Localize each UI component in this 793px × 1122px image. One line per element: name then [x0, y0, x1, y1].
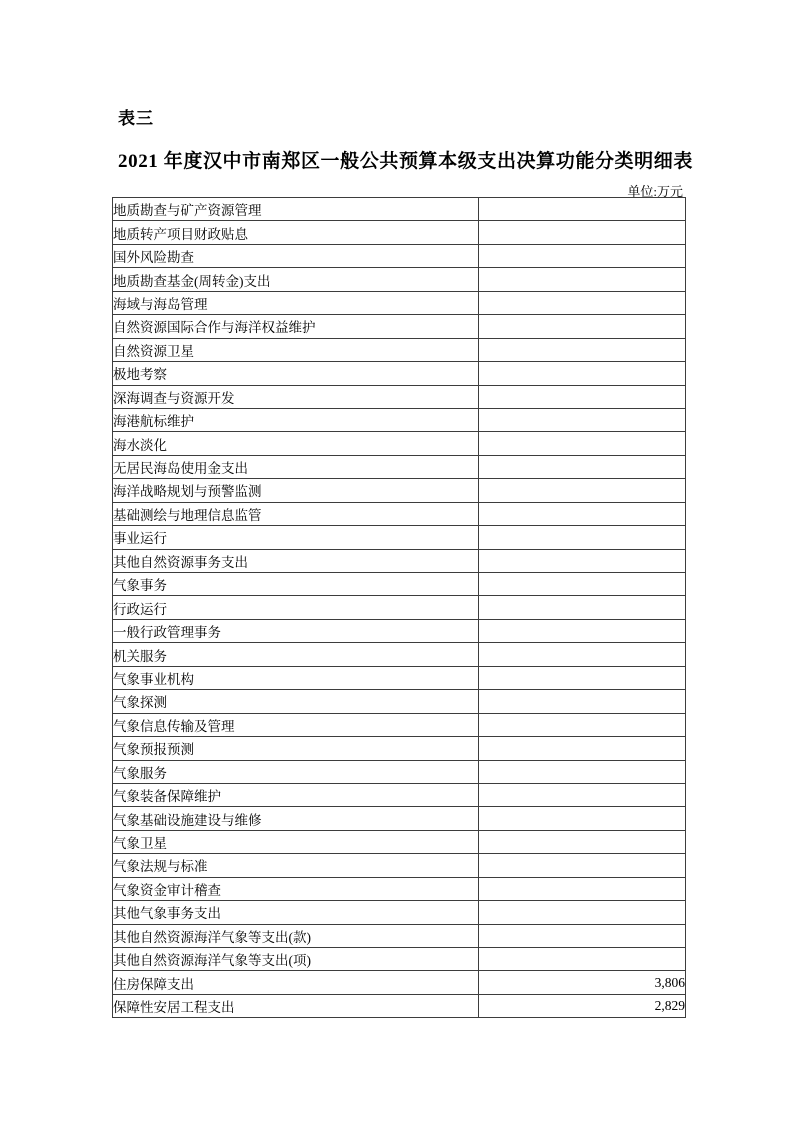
category-label: 极地考察 — [113, 362, 479, 385]
table-row: 气象服务 — [113, 760, 686, 783]
table-row: 一般行政管理事务 — [113, 619, 686, 642]
table-row: 极地考察 — [113, 362, 686, 385]
category-label: 气象基础设施建设与维修 — [113, 807, 479, 830]
table-row: 海水淡化 — [113, 432, 686, 455]
category-label: 气象事务 — [113, 573, 479, 596]
table-row: 气象事务 — [113, 573, 686, 596]
category-label: 行政运行 — [113, 596, 479, 619]
table-row: 保障性安居工程支出2,829 — [113, 994, 686, 1017]
amount-value — [479, 948, 686, 971]
category-label: 气象装备保障维护 — [113, 783, 479, 806]
table-row: 气象预报预测 — [113, 737, 686, 760]
table-row: 地质勘查基金(周转金)支出 — [113, 268, 686, 291]
amount-value — [479, 619, 686, 642]
table-row: 气象探测 — [113, 690, 686, 713]
amount-value — [479, 455, 686, 478]
table-row: 住房保障支出3,806 — [113, 971, 686, 994]
category-label: 气象法规与标准 — [113, 854, 479, 877]
table-row: 气象资金审计稽查 — [113, 877, 686, 900]
table-row: 事业运行 — [113, 526, 686, 549]
category-label: 事业运行 — [113, 526, 479, 549]
amount-value — [479, 362, 686, 385]
table-row: 海洋战略规划与预警监测 — [113, 479, 686, 502]
category-label: 其他自然资源海洋气象等支出(项) — [113, 948, 479, 971]
amount-value — [479, 198, 686, 221]
category-label: 基础测绘与地理信息监管 — [113, 502, 479, 525]
table-row: 地质转产项目财政贴息 — [113, 221, 686, 244]
amount-value — [479, 502, 686, 525]
page-title: 2021 年度汉中市南郑区一般公共预算本级支出决算功能分类明细表 — [118, 146, 718, 173]
amount-value — [479, 291, 686, 314]
category-label: 自然资源国际合作与海洋权益维护 — [113, 315, 479, 338]
amount-value — [479, 854, 686, 877]
amount-value — [479, 690, 686, 713]
table-row: 行政运行 — [113, 596, 686, 619]
amount-value — [479, 338, 686, 361]
amount-value — [479, 268, 686, 291]
amount-value — [479, 877, 686, 900]
amount-value — [479, 596, 686, 619]
amount-value — [479, 221, 686, 244]
category-label: 住房保障支出 — [113, 971, 479, 994]
category-label: 气象卫星 — [113, 830, 479, 853]
amount-value — [479, 315, 686, 338]
category-label: 国外风险勘查 — [113, 244, 479, 267]
table-row: 气象法规与标准 — [113, 854, 686, 877]
category-label: 海港航标维护 — [113, 408, 479, 431]
category-label: 地质转产项目财政贴息 — [113, 221, 479, 244]
category-label: 海域与海岛管理 — [113, 291, 479, 314]
table-row: 气象基础设施建设与维修 — [113, 807, 686, 830]
category-label: 气象事业机构 — [113, 666, 479, 689]
category-label: 气象探测 — [113, 690, 479, 713]
table-row: 自然资源国际合作与海洋权益维护 — [113, 315, 686, 338]
amount-value: 3,806 — [479, 971, 686, 994]
amount-value — [479, 432, 686, 455]
table-row: 其他自然资源海洋气象等支出(项) — [113, 948, 686, 971]
amount-value: 2,829 — [479, 994, 686, 1017]
table-row: 基础测绘与地理信息监管 — [113, 502, 686, 525]
table-row: 气象信息传输及管理 — [113, 713, 686, 736]
table-row: 海港航标维护 — [113, 408, 686, 431]
amount-value — [479, 408, 686, 431]
amount-value — [479, 549, 686, 572]
amount-value — [479, 924, 686, 947]
table-row: 深海调查与资源开发 — [113, 385, 686, 408]
amount-value — [479, 760, 686, 783]
category-label: 自然资源卫星 — [113, 338, 479, 361]
table-row: 其他自然资源事务支出 — [113, 549, 686, 572]
category-label: 气象服务 — [113, 760, 479, 783]
amount-value — [479, 807, 686, 830]
amount-value — [479, 901, 686, 924]
table-row: 自然资源卫星 — [113, 338, 686, 361]
budget-table: 地质勘查与矿产资源管理地质转产项目财政贴息国外风险勘查地质勘查基金(周转金)支出… — [112, 197, 686, 1018]
table-row: 其他自然资源海洋气象等支出(款) — [113, 924, 686, 947]
amount-value — [479, 385, 686, 408]
category-label: 气象信息传输及管理 — [113, 713, 479, 736]
category-label: 海洋战略规划与预警监测 — [113, 479, 479, 502]
document-page: 表三 2021 年度汉中市南郑区一般公共预算本级支出决算功能分类明细表 单位:万… — [0, 0, 793, 1122]
amount-value — [479, 713, 686, 736]
category-label: 机关服务 — [113, 643, 479, 666]
table-row: 机关服务 — [113, 643, 686, 666]
table-row: 气象卫星 — [113, 830, 686, 853]
amount-value — [479, 479, 686, 502]
category-label: 保障性安居工程支出 — [113, 994, 479, 1017]
table-row: 国外风险勘查 — [113, 244, 686, 267]
category-label: 气象预报预测 — [113, 737, 479, 760]
category-label: 其他气象事务支出 — [113, 901, 479, 924]
table-row: 无居民海岛使用金支出 — [113, 455, 686, 478]
category-label: 深海调查与资源开发 — [113, 385, 479, 408]
category-label: 无居民海岛使用金支出 — [113, 455, 479, 478]
category-label: 地质勘查与矿产资源管理 — [113, 198, 479, 221]
table-row: 气象装备保障维护 — [113, 783, 686, 806]
category-label: 其他自然资源海洋气象等支出(款) — [113, 924, 479, 947]
amount-value — [479, 573, 686, 596]
amount-value — [479, 244, 686, 267]
amount-value — [479, 526, 686, 549]
amount-value — [479, 643, 686, 666]
amount-value — [479, 783, 686, 806]
table-row: 海域与海岛管理 — [113, 291, 686, 314]
table-caption: 表三 — [118, 104, 154, 129]
table-row: 地质勘查与矿产资源管理 — [113, 198, 686, 221]
amount-value — [479, 737, 686, 760]
amount-value — [479, 830, 686, 853]
category-label: 其他自然资源事务支出 — [113, 549, 479, 572]
category-label: 地质勘查基金(周转金)支出 — [113, 268, 479, 291]
table-row: 气象事业机构 — [113, 666, 686, 689]
amount-value — [479, 666, 686, 689]
category-label: 气象资金审计稽查 — [113, 877, 479, 900]
category-label: 一般行政管理事务 — [113, 619, 479, 642]
table-row: 其他气象事务支出 — [113, 901, 686, 924]
budget-table-body: 地质勘查与矿产资源管理地质转产项目财政贴息国外风险勘查地质勘查基金(周转金)支出… — [113, 198, 686, 1018]
category-label: 海水淡化 — [113, 432, 479, 455]
